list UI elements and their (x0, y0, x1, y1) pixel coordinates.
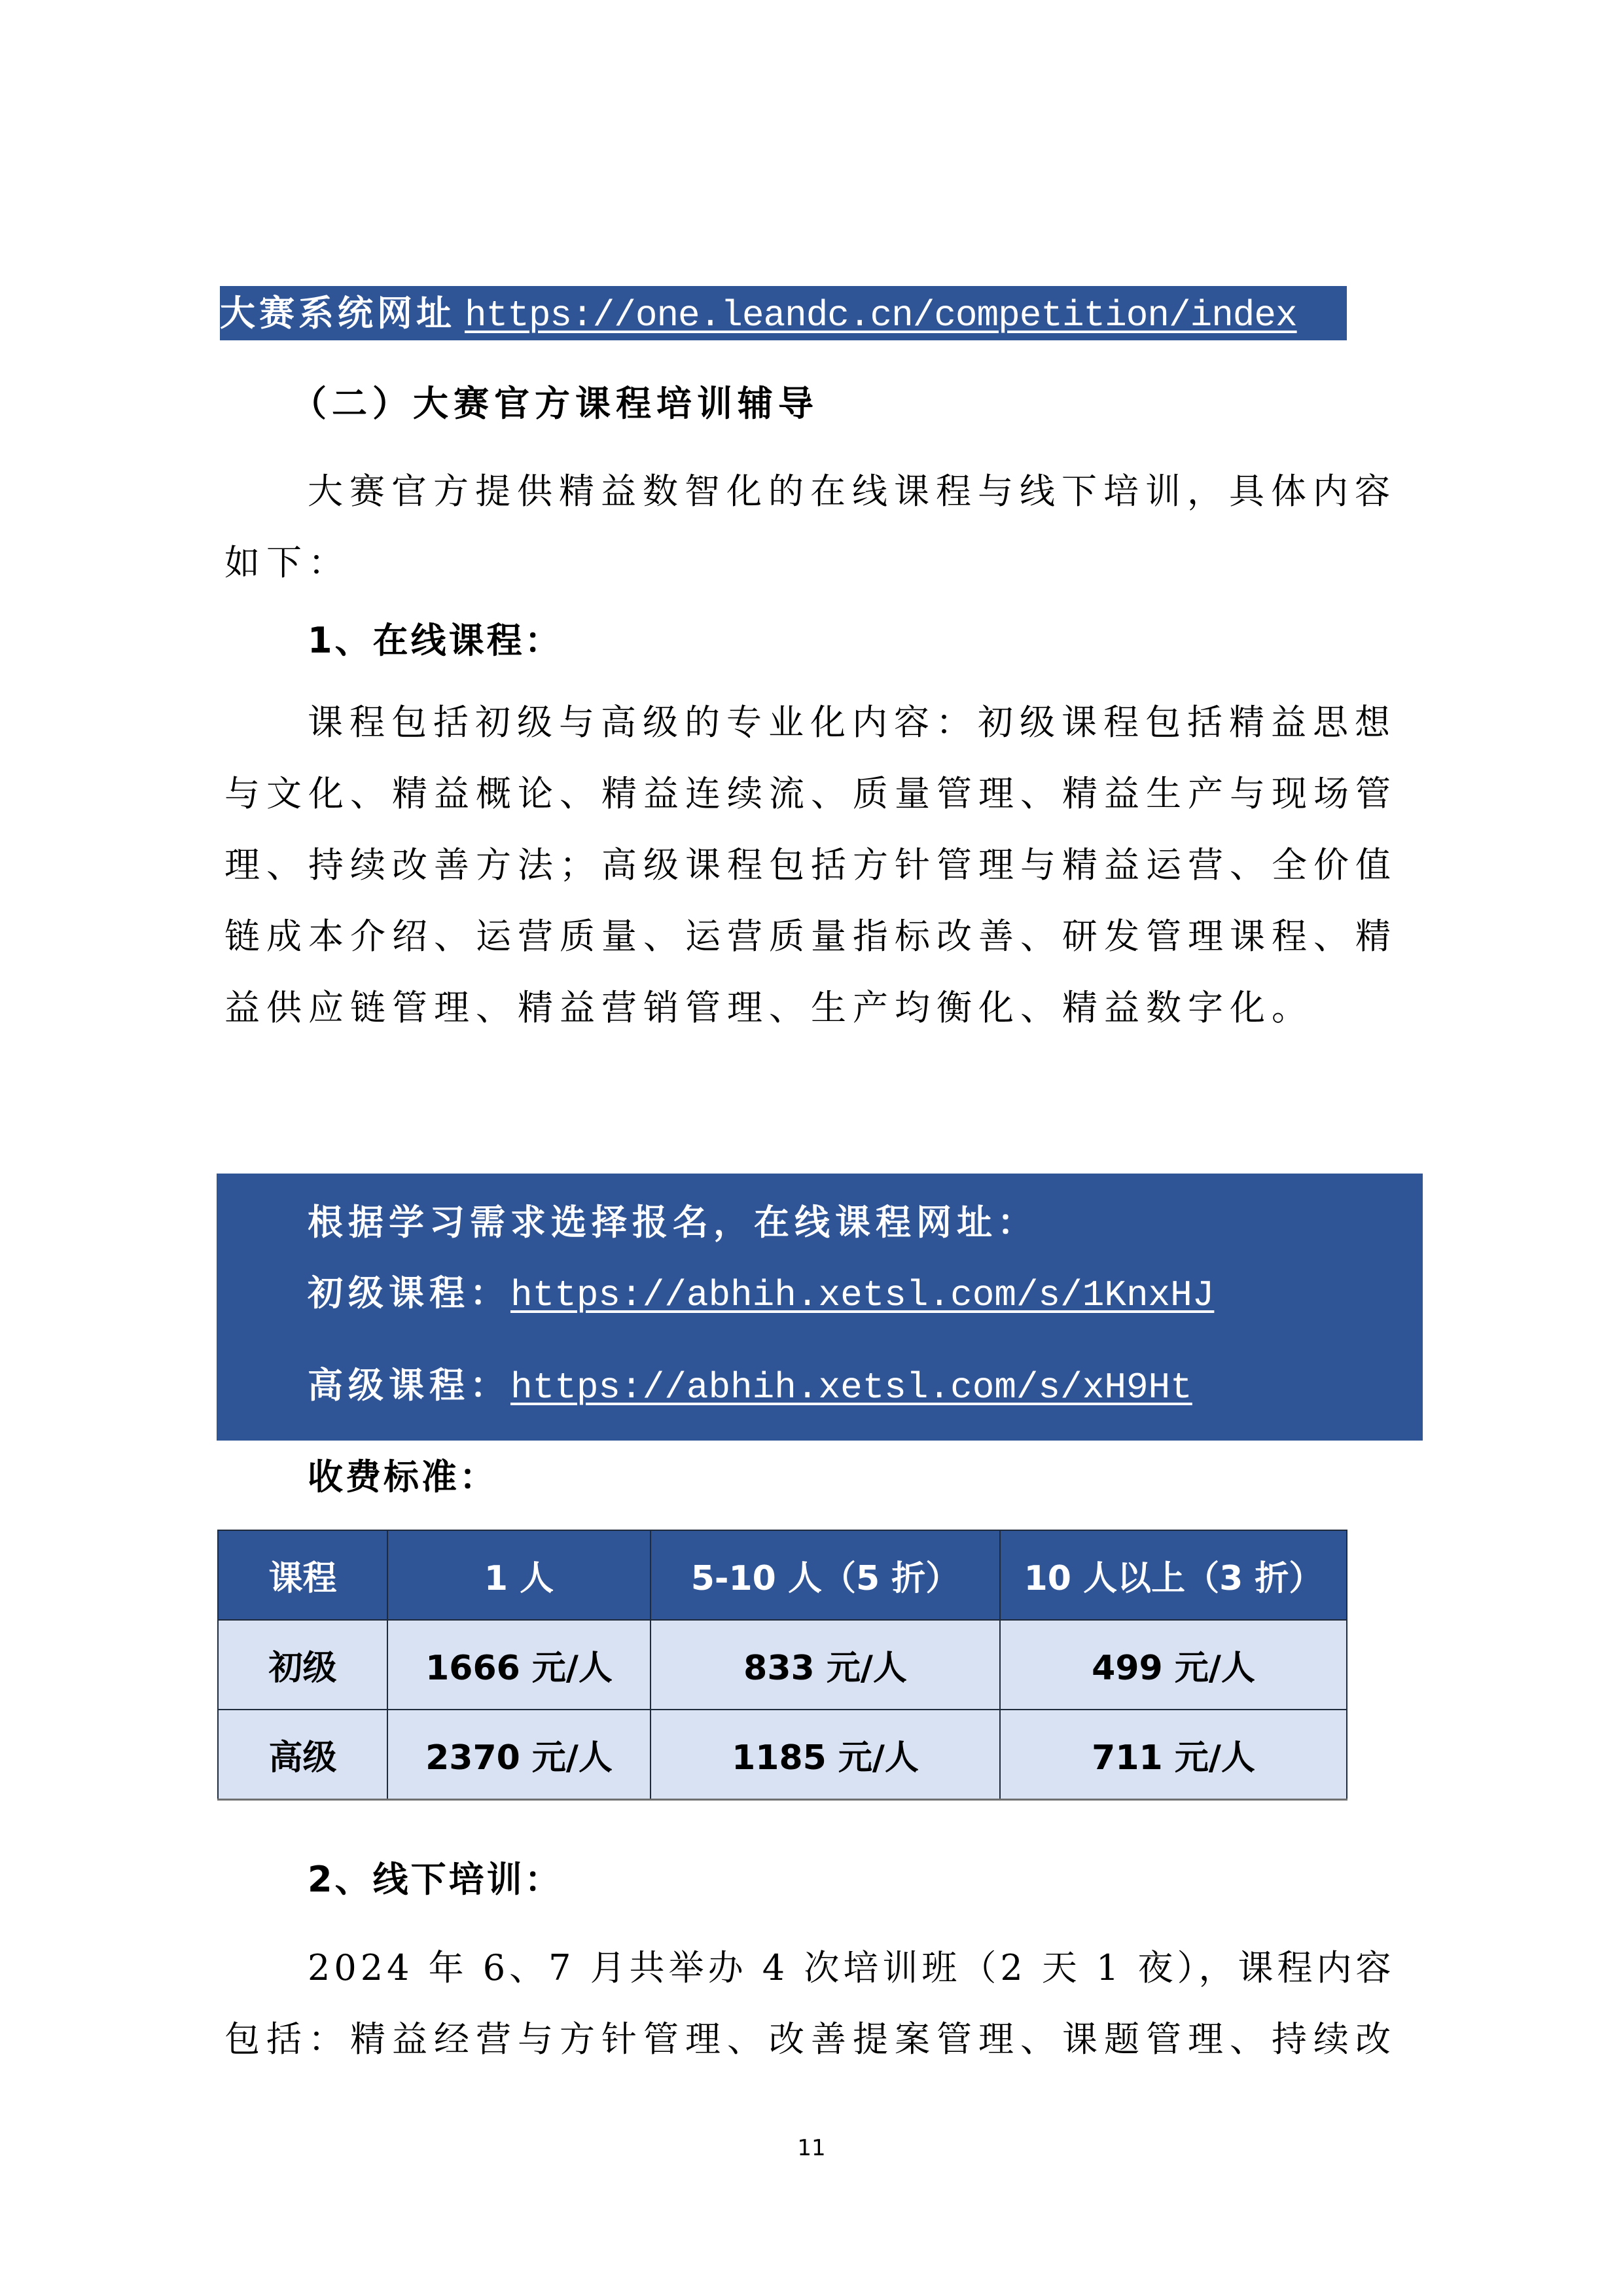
fee-col-5-10-people: 5-10 人（5 折） (651, 1530, 1000, 1620)
basic-course-link[interactable]: https://abhih.xetsl.com/s/1KnxHJ (510, 1274, 1214, 1316)
fee-heading: 收费标准： (308, 1454, 1512, 1500)
course-url-box: 根据学习需求选择报名，在线课程网址： 初级课程：https://abhih.xe… (217, 1174, 1423, 1441)
online-course-line: 与文化、精益概论、精益连续流、质量管理、精益生产与现场管 (224, 771, 1429, 817)
fee-cell: 833 元/人 (651, 1620, 1000, 1710)
system-url-label: 大赛系统网址 (220, 293, 455, 334)
offline-training-line: 包括：精益经营与方针管理、改善提案管理、课题管理、持续改 (224, 2017, 1429, 2062)
fee-col-10-plus-people: 10 人以上（3 折） (1000, 1530, 1347, 1620)
offline-training-heading: 2、线下培训： (308, 1857, 1512, 1903)
system-url-link[interactable]: https://one.leandc.cn/competition/index (465, 295, 1297, 336)
advanced-course-link[interactable]: https://abhih.xetsl.com/s/xH9Ht (510, 1367, 1192, 1408)
table-row: 初级 1666 元/人 833 元/人 499 元/人 (218, 1620, 1347, 1710)
basic-course-label: 初级课程： (308, 1272, 510, 1314)
fee-course-name: 高级 (218, 1710, 387, 1800)
fee-cell: 499 元/人 (1000, 1620, 1347, 1710)
online-course-line: 课程包括初级与高级的专业化内容：初级课程包括精益思想 (308, 700, 1512, 745)
basic-course-row: 初级课程：https://abhih.xetsl.com/s/1KnxHJ (308, 1270, 1214, 1318)
system-url-banner: 大赛系统网址https://one.leandc.cn/competition/… (220, 286, 1347, 340)
page-number: 11 (0, 2135, 1623, 2161)
fee-course-name: 初级 (218, 1620, 387, 1710)
fee-col-one-person: 1 人 (387, 1530, 651, 1620)
fee-cell: 1185 元/人 (651, 1710, 1000, 1800)
online-course-heading: 1、在线课程： (308, 618, 1512, 664)
fee-col-course: 课程 (218, 1530, 387, 1620)
offline-training-line: 2024 年 6、7 月共举办 4 次培训班（2 天 1 夜），课程内容 (308, 1945, 1512, 1991)
fee-table-header-row: 课程 1 人 5-10 人（5 折） 10 人以上（3 折） (218, 1530, 1347, 1620)
advanced-course-row: 高级课程：https://abhih.xetsl.com/s/xH9Ht (308, 1363, 1192, 1410)
online-course-line: 链成本介绍、运营质量、运营质量指标改善、研发管理课程、精 (224, 914, 1429, 960)
fee-cell: 2370 元/人 (387, 1710, 651, 1800)
course-url-box-title: 根据学习需求选择报名，在线课程网址： (308, 1200, 1038, 1246)
advanced-course-label: 高级课程： (308, 1365, 510, 1406)
fee-cell: 711 元/人 (1000, 1710, 1347, 1800)
intro-line-2: 如下： (224, 540, 1429, 586)
fee-table: 课程 1 人 5-10 人（5 折） 10 人以上（3 折） 初级 1666 元… (217, 1530, 1347, 1801)
section-heading: （二）大赛官方课程培训辅导 (291, 381, 1495, 427)
online-course-line: 理、持续改善方法；高级课程包括方针管理与精益运营、全价值 (224, 842, 1429, 888)
online-course-line: 益供应链管理、精益营销管理、生产均衡化、精益数字化。 (224, 985, 1429, 1031)
intro-line-1: 大赛官方提供精益数智化的在线课程与线下培训，具体内容 (308, 469, 1512, 514)
fee-cell: 1666 元/人 (387, 1620, 651, 1710)
table-row: 高级 2370 元/人 1185 元/人 711 元/人 (218, 1710, 1347, 1800)
